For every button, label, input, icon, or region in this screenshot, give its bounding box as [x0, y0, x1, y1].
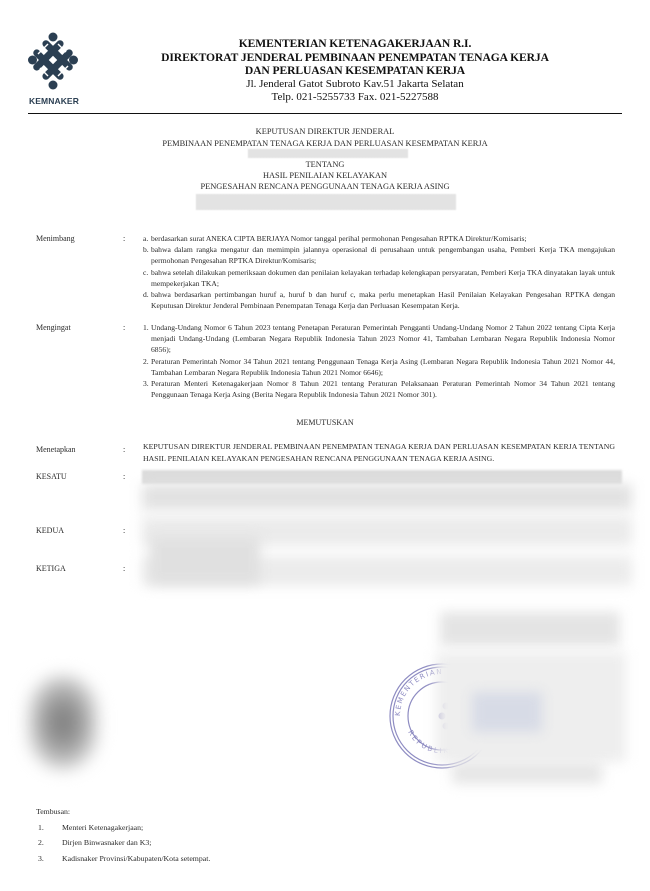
mengingat-list: 1.Undang-Undang Nomor 6 Tahun 2023 tenta… [143, 322, 615, 400]
mengingat-item: 2.Peraturan Pemerintah Nomor 34 Tahun 20… [143, 356, 615, 378]
kedua-colon: : [123, 526, 125, 535]
letterhead-divider [28, 113, 622, 114]
decree-title-line2: PEMBINAAN PENEMPATAN TENAGA KERJA DAN PE… [0, 139, 650, 148]
menimbang-list: a.berdasarkan surat ANEKA CIPTA BERJAYA … [143, 233, 615, 311]
menimbang-item: b.bahwa dalam rangka mengatur dan memimp… [143, 244, 615, 266]
menetapkan-colon: : [123, 445, 125, 454]
menimbang-label: Menimbang [36, 234, 75, 243]
decree-subject-line2: PENGESAHAN RENCANA PENGGUNAAN TENAGA KER… [0, 182, 650, 191]
directorate-name: DIREKTORAT JENDERAL PEMBINAAN PENEMPATAN… [120, 51, 590, 65]
ministry-name: KEMENTERIAN KETENAGAKERJAAN R.I. [120, 37, 590, 51]
ketiga-colon: : [123, 564, 125, 573]
memutuskan-heading: MEMUTUSKAN [0, 418, 650, 427]
decree-subject-line1: HASIL PENILAIAN KELAYAKAN [0, 171, 650, 180]
kemnaker-logo-icon [28, 32, 78, 92]
mengingat-item: 1.Undang-Undang Nomor 6 Tahun 2023 tenta… [143, 322, 615, 356]
tembusan-label: Tembusan: [36, 804, 210, 820]
tentang-label: TENTANG [0, 160, 650, 169]
logo-text: KEMNAKER [22, 96, 86, 106]
photo-redacted [28, 675, 98, 770]
letterhead: KEMENTERIAN KETENAGAKERJAAN R.I. DIREKTO… [120, 37, 590, 105]
menetapkan-label: Menetapkan [36, 445, 76, 454]
menimbang-item: c.bahwa setelah dilakukan pemeriksaan do… [143, 267, 615, 289]
kedua-label: KEDUA [36, 526, 64, 535]
redacted-kesatu-body [142, 484, 632, 510]
menimbang-item: a.berdasarkan surat ANEKA CIPTA BERJAYA … [143, 233, 615, 244]
menimbang-item: d.bahwa berdasarkan pertimbangan huruf a… [143, 289, 615, 311]
redacted-number [248, 149, 408, 158]
kesatu-label: KESATU [36, 472, 67, 481]
tembusan-item: 3.Kadisnaker Provinsi/Kabupaten/Kota set… [36, 851, 210, 867]
decree-title-line1: KEPUTUSAN DIREKTUR JENDERAL [0, 127, 650, 136]
menetapkan-text: KEPUTUSAN DIREKTUR JENDERAL PEMBINAAN PE… [143, 441, 615, 465]
redacted-block [150, 536, 260, 584]
directorate-name-cont: DAN PERLUASAN KESEMPATAN KERJA [120, 64, 590, 78]
redacted-company [196, 194, 456, 210]
mengingat-colon: : [123, 323, 125, 332]
mengingat-item: 3.Peraturan Menteri Ketenagakerjaan Nomo… [143, 378, 615, 400]
menimbang-colon: : [123, 234, 125, 243]
tembusan: Tembusan: 1.Menteri Ketenagakerjaan; 2.D… [36, 804, 210, 866]
address: Jl. Jenderal Gatot Subroto Kav.51 Jakart… [120, 78, 590, 92]
mengingat-label: Mengingat [36, 323, 71, 332]
kesatu-colon: : [123, 472, 125, 481]
tembusan-item: 1.Menteri Ketenagakerjaan; [36, 820, 210, 836]
redacted-kesatu-line [142, 470, 622, 484]
ketiga-label: KETIGA [36, 564, 66, 573]
signature-block-redacted [432, 612, 632, 792]
contact: Telp. 021-5255733 Fax. 021-5227588 [120, 91, 590, 105]
tembusan-item: 2.Dirjen Binwasnaker dan K3; [36, 835, 210, 851]
